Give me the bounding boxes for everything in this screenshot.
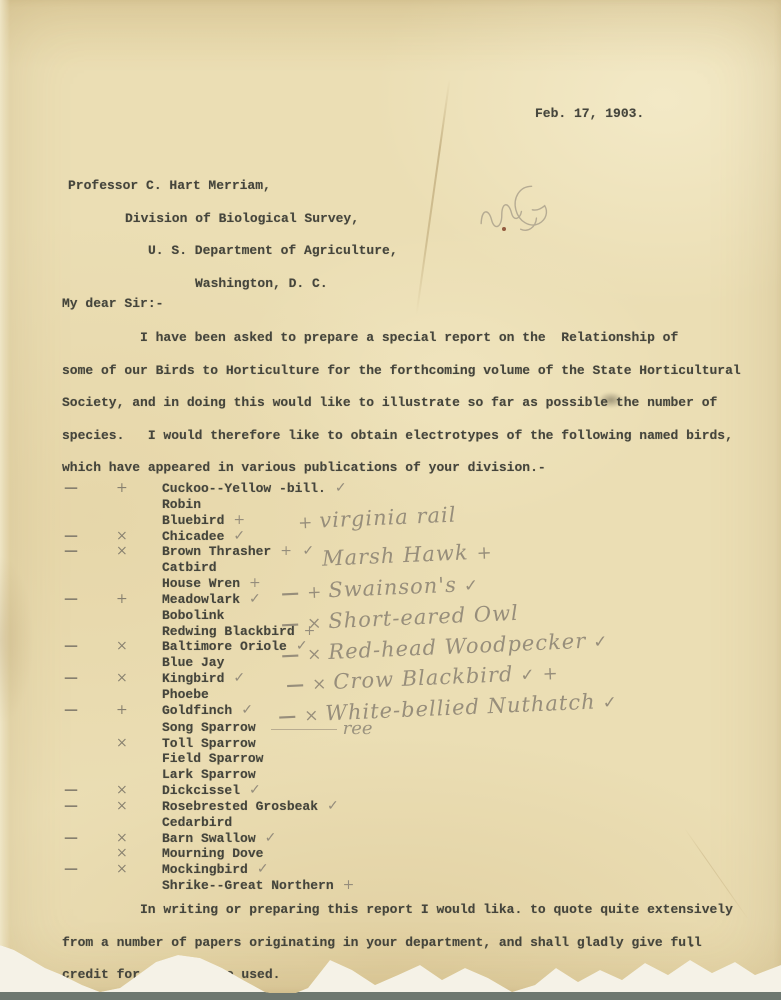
bird-list-row: —×Rosebrested Grosbeak✓ [64, 799, 373, 815]
bird-list-row: Shrike--Great Northern+ [64, 878, 373, 894]
pencil-check-mark: ✓ [520, 665, 535, 686]
paragraph-line: some of our Birds to Horticulture for th… [62, 355, 741, 388]
pencil-dash-mark: — [64, 831, 116, 846]
bird-list-row: Catbird [64, 560, 373, 576]
bird-list-row: ×Mourning Dove [64, 846, 373, 862]
bird-name: Blue Jay [162, 655, 224, 670]
bird-list-row: Robin [64, 497, 373, 513]
bird-name: Kingbird [162, 671, 224, 686]
pencil-dash-mark: — [64, 639, 116, 654]
bird-name: Redwing Blackbird [162, 624, 295, 639]
paragraph-line: species. I would therefore like to obtai… [62, 420, 741, 453]
bird-list-row: Lark Sparrow [64, 767, 373, 783]
bird-name: Bluebird [162, 513, 224, 528]
bird-name: Song Sparrow [162, 720, 256, 735]
bird-list-row: Blue Jay [64, 655, 373, 671]
pencil-dash-mark: — [64, 799, 116, 814]
bird-name: Baltimore Oriole [162, 639, 287, 654]
pencil-dash-mark: — [64, 592, 116, 607]
pencil-after-marks: ✓ [249, 591, 264, 607]
bird-list-row: —×Brown Thrasher+ ✓ [64, 544, 373, 560]
salutation: My dear Sir:- [62, 296, 163, 311]
body-paragraph-1: I have been asked to prepare a special r… [62, 322, 741, 485]
paper-crease [415, 79, 450, 315]
pencil-after-marks: ✓ [233, 528, 248, 544]
paragraph-line: In writing or preparing this report I wo… [62, 894, 733, 927]
address-line: Division of Biological Survey, [68, 203, 398, 236]
bird-list-row: Phoebe [64, 687, 373, 703]
pencil-selection-mark: × [116, 783, 162, 798]
pencil-selection-mark: × [116, 862, 162, 877]
letter-date: Feb. 17, 1903. [535, 106, 644, 121]
bird-list: —+Cuckoo--Yellow -bill.✓ Robin Bluebird+… [64, 481, 373, 894]
letter-paper: Feb. 17, 1903. Professor C. Hart Merriam… [0, 0, 781, 993]
pencil-plus-mark: + [476, 542, 492, 564]
pencil-check-mark: ✓ [593, 632, 608, 653]
bird-list-row: Field Sparrow [64, 751, 373, 767]
paragraph-line: Society, and in doing this would like to… [62, 387, 741, 420]
bird-list-row: House Wren+ [64, 576, 373, 592]
bird-name: Shrike--Great Northern [162, 878, 334, 893]
bird-name: Lark Sparrow [162, 767, 256, 782]
pencil-dash-mark: — [64, 703, 116, 718]
paper-left-edge-highlight [0, 0, 10, 993]
bird-name: Robin [162, 497, 201, 512]
bird-name: Brown Thrasher [162, 544, 271, 559]
bird-list-row: —×Barn Swallow✓ [64, 831, 373, 847]
pencil-dash-mark: — [64, 529, 116, 544]
pencil-selection-mark: + [116, 481, 162, 496]
pencil-check-mark: ✓ [463, 576, 478, 597]
bird-name: House Wren [162, 576, 240, 591]
pencil-dash-mark: — [64, 544, 116, 559]
pencil-selection-mark: + [116, 703, 162, 718]
bird-name: Bobolink [162, 608, 224, 623]
address-line: Professor C. Hart Merriam, [68, 170, 398, 203]
bird-list-row: Song Sparrowree [64, 719, 373, 736]
pencil-selection-mark: × [116, 671, 162, 686]
pencil-after-marks: + ✓ [280, 543, 317, 559]
address-line: U. S. Department of Agriculture, [68, 235, 398, 268]
pencil-scribble-icon [468, 172, 555, 250]
bird-name: Cuckoo--Yellow -bill. [162, 481, 326, 496]
bird-name: Goldfinch [162, 703, 232, 718]
bird-list-row: —×Kingbird✓ [64, 671, 373, 687]
pencil-after-marks: ✓ [335, 480, 350, 496]
paper-wrinkle-shadow [0, 555, 34, 725]
pencil-after-marks: ✓ [327, 798, 342, 814]
pencil-after-marks: + [249, 575, 264, 591]
bird-name: Dickcissel [162, 783, 240, 798]
letter-page: { "letter": { "date": "Feb. 17, 1903.", … [0, 0, 781, 1000]
bird-list-row: —×Chicadee✓ [64, 529, 373, 545]
pencil-selection-mark: × [116, 529, 162, 544]
bird-name: Cedarbird [162, 815, 232, 830]
pencil-after-marks: + [343, 877, 358, 893]
pencil-after-marks: ✓ [241, 702, 256, 718]
address-block: Professor C. Hart Merriam, Division of B… [68, 170, 398, 300]
paragraph-line: I have been asked to prepare a special r… [62, 322, 741, 355]
bird-name: Chicadee [162, 529, 224, 544]
bird-list-row: —+Goldfinch✓ [64, 703, 373, 719]
bird-list-row: —+Meadowlark✓ [64, 592, 373, 608]
pencil-selection-mark: × [116, 639, 162, 654]
pencil-dash-mark: — [64, 862, 116, 877]
bird-name: Field Sparrow [162, 751, 263, 766]
bird-list-row: Bobolink [64, 608, 373, 624]
pencil-dash-mark: — [64, 671, 116, 686]
paragraph-line: from a number of papers originating in y… [62, 927, 733, 960]
bird-list-row: —+Cuckoo--Yellow -bill.✓ [64, 481, 373, 497]
pencil-selection-mark: × [116, 544, 162, 559]
pencil-selection-mark: × [116, 846, 162, 861]
pencil-selection-mark: × [116, 831, 162, 846]
bird-list-row: Bluebird+ [64, 513, 373, 529]
bird-name: Toll Sparrow [162, 736, 256, 751]
bird-list-row: Redwing Blackbird+ [64, 624, 373, 640]
pencil-check-mark: ✓ [602, 693, 617, 714]
bird-list-row: —×Mockingbird✓ [64, 862, 373, 878]
pencil-selection-mark: × [116, 799, 162, 814]
pencil-after-marks: ✓ [233, 670, 248, 686]
pencil-dash-mark: — [64, 783, 116, 798]
bird-name: Mourning Dove [162, 846, 263, 861]
pencil-after-marks: ✓ [257, 861, 272, 877]
bird-name: Mockingbird [162, 862, 248, 877]
bird-list-row: Cedarbird [64, 815, 373, 831]
pencil-after-marks: ✓ [249, 782, 264, 798]
pencil-dash-mark: — [64, 481, 116, 496]
pencil-after-marks: + [304, 623, 319, 639]
bird-name: Meadowlark [162, 592, 240, 607]
pencil-after-marks: ✓ [265, 830, 280, 846]
bird-name: Catbird [162, 560, 217, 575]
pencil-selection-mark: × [116, 736, 162, 751]
pencil-selection-mark: + [116, 592, 162, 607]
bird-name: Barn Swallow [162, 831, 256, 846]
pencil-hand-note: ree [271, 718, 373, 739]
pencil-after-marks: + [233, 512, 248, 528]
bird-name: Rosebrested Grosbeak [162, 799, 318, 814]
bird-list-row: —×Dickcissel✓ [64, 783, 373, 799]
pencil-plus-mark: + [542, 663, 558, 685]
bird-list-row: —×Baltimore Oriole✓ [64, 639, 373, 655]
pencil-after-marks: ✓ [296, 638, 311, 654]
bird-name: Phoebe [162, 687, 209, 702]
